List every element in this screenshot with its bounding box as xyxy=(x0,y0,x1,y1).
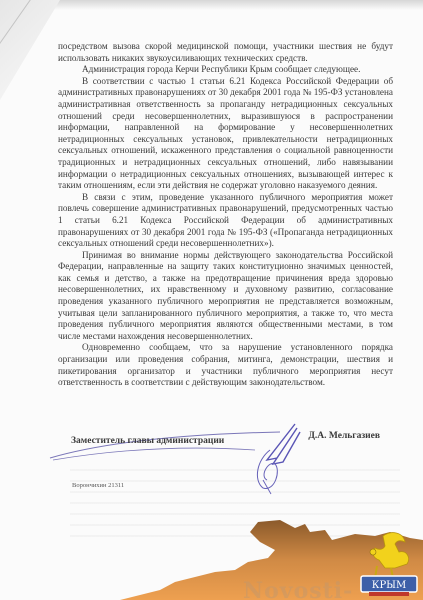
signatory-title: Заместитель главы администрации xyxy=(71,436,224,446)
paragraph-liability-warning: Одновременно сообщаем, что за нарушение … xyxy=(58,342,393,388)
executor-note: Ворончихин 21311 xyxy=(72,482,124,489)
krym-griffin-logo-icon: КРЫМ xyxy=(355,528,421,600)
signature-block: Заместитель главы администрации Д.А. Мел… xyxy=(68,433,398,453)
folded-page-corner xyxy=(0,0,60,100)
paragraph-consequences: В связи с этим, проведение указанного пу… xyxy=(58,192,393,250)
paragraph-administration-notice: Администрация города Керчи Республики Кр… xyxy=(58,64,393,76)
signatory-name: Д.А. Мельгазиев xyxy=(308,431,380,441)
paragraph-continuation: посредством вызова скорой медицинской по… xyxy=(58,41,393,64)
scan-top-shadow xyxy=(0,0,423,10)
paragraph-refusal: Принимая во внимание нормы действующего … xyxy=(58,250,393,343)
paragraph-legal-basis: В соответствии с частью 1 статьи 6.21 Ко… xyxy=(58,76,393,192)
logo-label: КРЫМ xyxy=(372,580,407,591)
letter-body: посредством вызова скорой медицинской по… xyxy=(58,41,393,389)
site-watermark: Novosti- xyxy=(243,578,353,600)
